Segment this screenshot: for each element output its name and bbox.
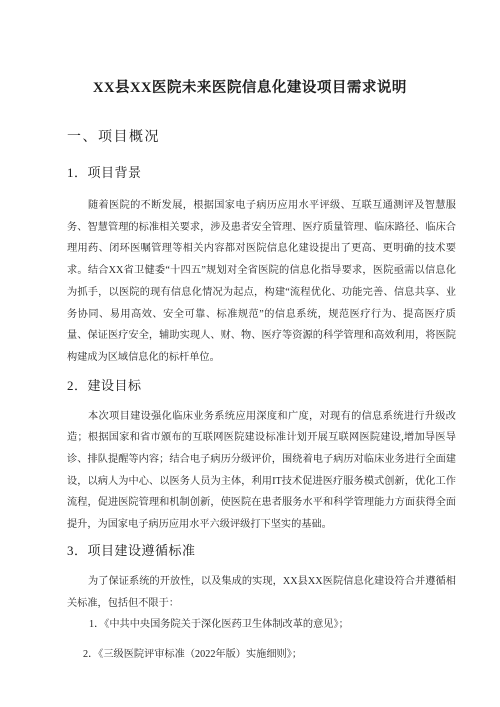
heading-project-background: 1．项目背景 [67,164,456,181]
heading-construction-goals: 2．建设目标 [67,377,456,394]
standards-list-item: 2．《三级医院评审标准（2022年版）实施细则》； [67,644,456,666]
heading-standards: 3．项目建设遵循标准 [67,542,456,559]
paragraph-construction-goals: 本次项目建设强化临床业务系统应用深度和广度，对现有的信息系统进行升级改造；根据国… [67,406,456,536]
document-page: XX县XX医院未来医院信息化建设项目需求说明 一、项目概况 1．项目背景 随着医… [0,0,500,707]
heading-project-overview: 一、项目概况 [67,129,456,147]
paragraph-project-background: 随着医院的不断发展，根据国家电子病历应用水平评级、互联互通测评及智慧服务、智慧管… [67,195,456,369]
paragraph-standards-intro: 为了保证系统的开放性，以及集成的实现，XX县XX医院信息化建设符合并遵循相关标准… [67,571,456,614]
standards-list-item: 1．《中共中央国务院关于深化医药卫生体制改革的意见》； [67,614,456,636]
document-title: XX县XX医院未来医院信息化建设项目需求说明 [0,0,500,98]
